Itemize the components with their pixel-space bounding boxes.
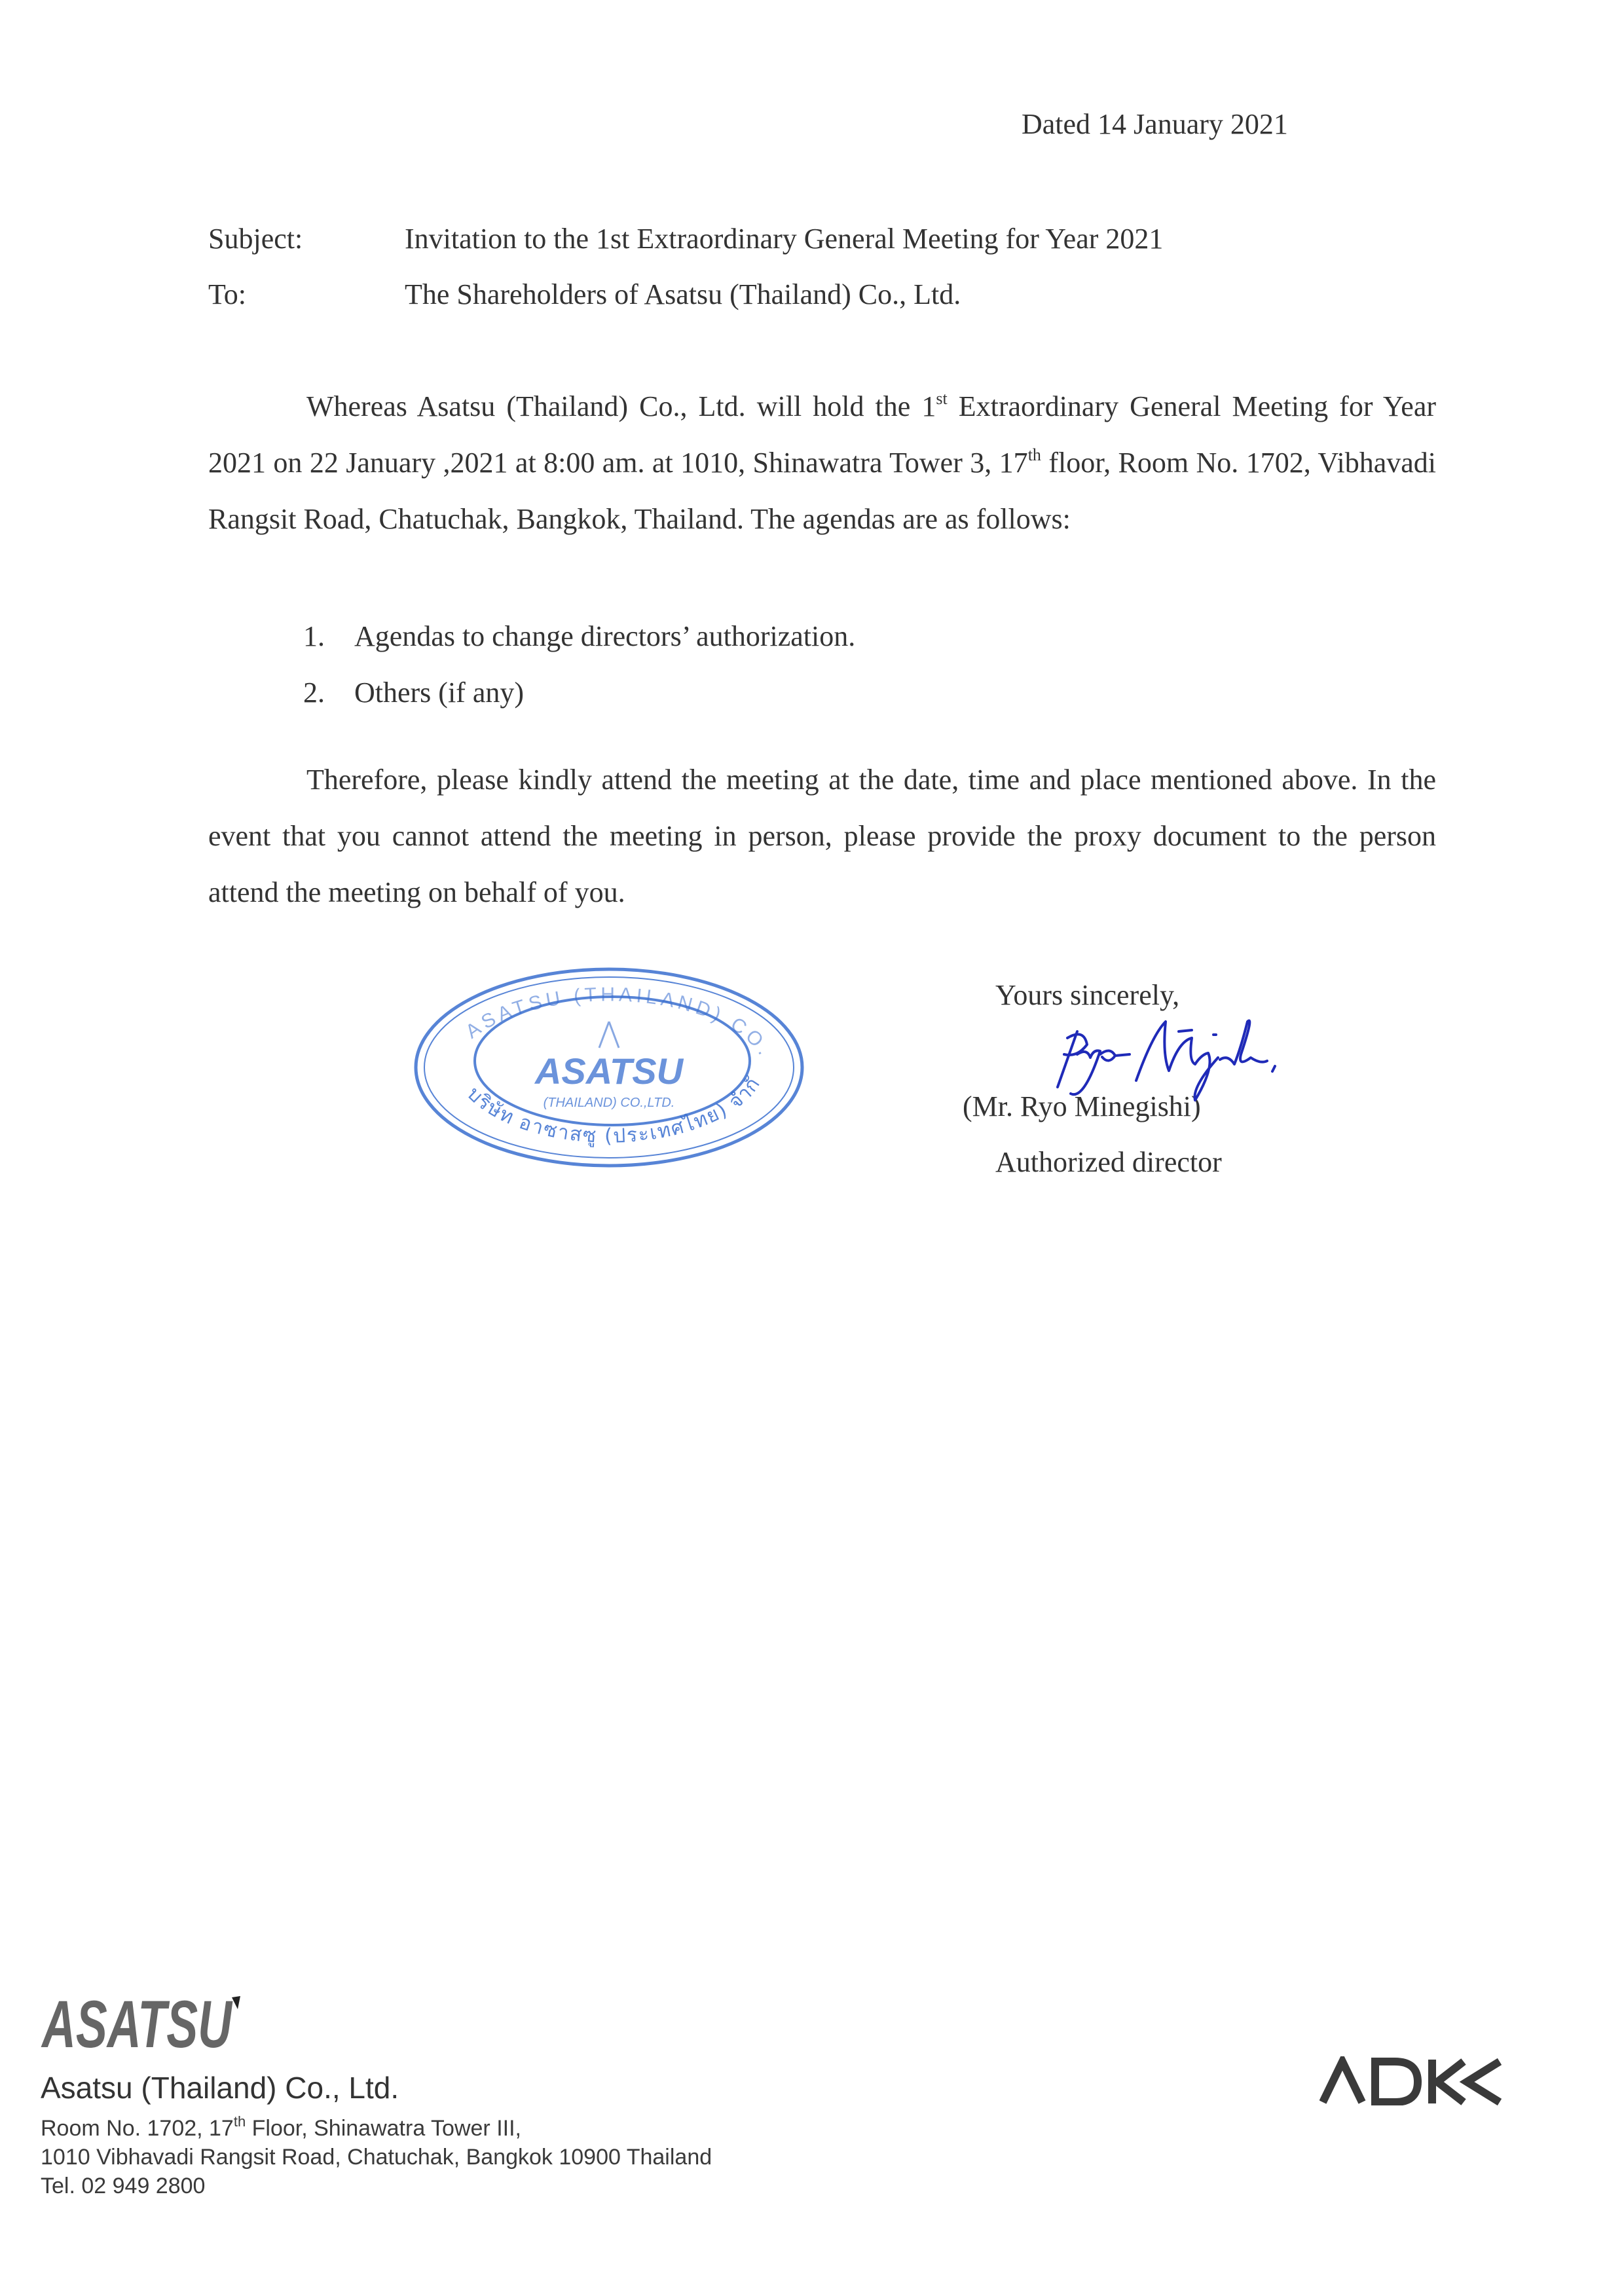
stamp-center-logo: ASATSU [534,1050,684,1092]
agenda-item: 1.Agendas to change directors’ authoriza… [303,617,855,656]
agenda-number: 2. [303,673,354,713]
recipient-text: The Shareholders of Asatsu (Thailand) Co… [405,275,961,314]
agenda-number: 1. [303,617,354,656]
handwritten-signature-icon [1038,1009,1287,1107]
body-paragraph-attendance: Therefore, please kindly attend the meet… [208,752,1436,921]
company-seal-stamp-icon: ASATSU (THAILAND) CO.,LTD. บริษัท อาซาสซ… [409,963,809,1179]
stamp-center-sub: (THAILAND) CO.,LTD. [544,1096,675,1110]
body-paragraph-meeting-details: Whereas Asatsu (Thailand) Co., Ltd. will… [208,379,1436,547]
recipient-label: To: [208,275,246,314]
agenda-text: Agendas to change directors’ authorizati… [354,620,855,652]
letter-date: Dated 14 January 2021 [1022,105,1288,144]
subject-label: Subject: [208,219,303,259]
agenda-text: Others (if any) [354,676,524,709]
footer-address-line-2: 1010 Vibhavadi Rangsit Road, Chatuchak, … [41,2143,712,2172]
svg-text:ASATSU: ASATSU [41,1990,233,2055]
asatsu-logo-icon: ASATSU [41,1990,244,2055]
footer-address-line-1: Room No. 1702, 17th Floor, Shinawatra To… [41,2114,521,2143]
footer-company-name: Asatsu (Thailand) Co., Ltd. [41,2069,399,2106]
signatory-title: Authorized director [995,1143,1222,1182]
adk-logo-icon [1319,2056,1503,2105]
footer-telephone: Tel. 02 949 2800 [41,2172,205,2200]
subject-text: Invitation to the 1st Extraordinary Gene… [405,219,1163,259]
agenda-item: 2.Others (if any) [303,673,524,713]
